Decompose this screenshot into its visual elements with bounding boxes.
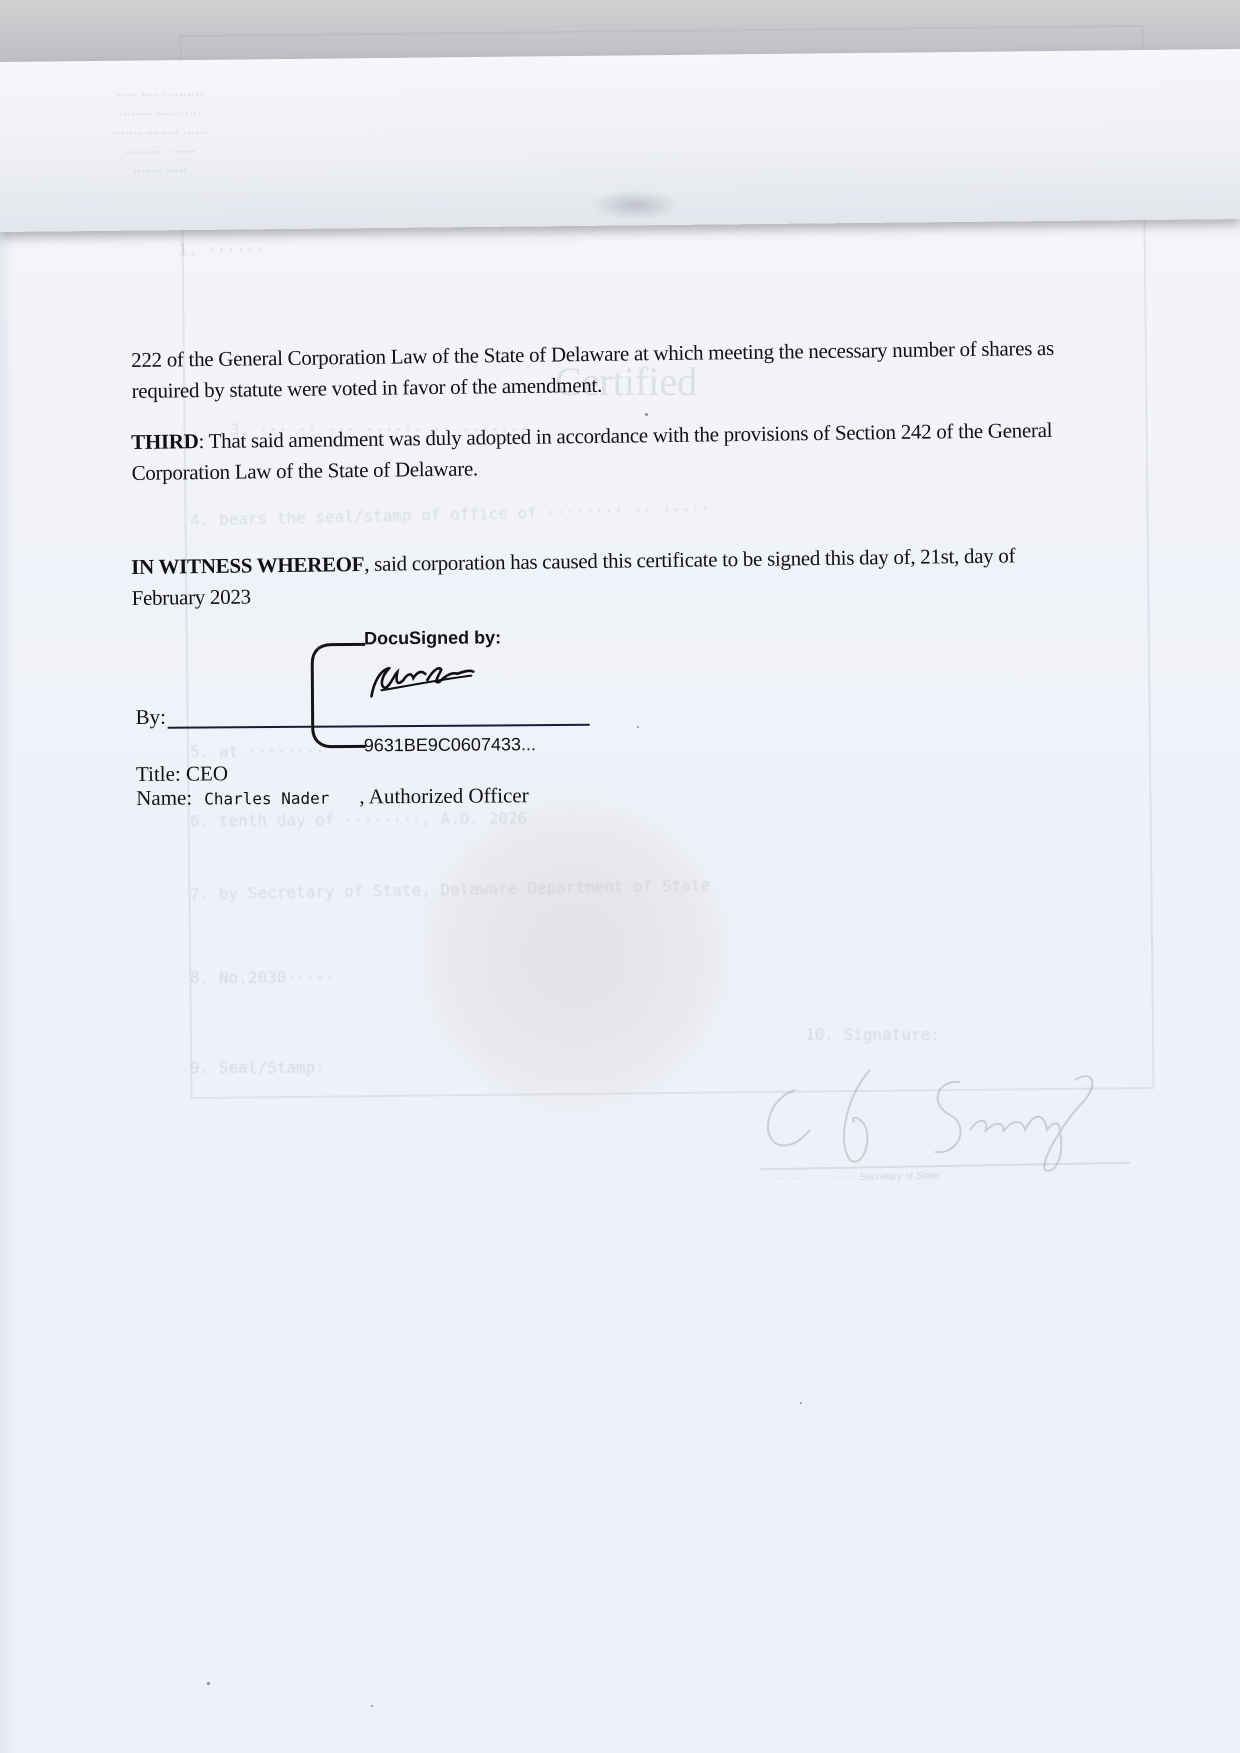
name-label: Name:: [136, 786, 192, 810]
signer-title: Title: CEO: [136, 761, 228, 787]
flap-showthrough-text: ·········· ···· ····· ···· ······ ······…: [30, 85, 290, 183]
flap-ghost-line: ····· ·· ····: [30, 161, 290, 183]
paper-crease: [590, 190, 680, 220]
docusign-envelope-id: 9631BE9C0607433...: [364, 734, 536, 756]
signature-block: By: DocuSigned by: 9631BE9C0607433... Ti…: [131, 626, 692, 820]
docusign-bracket: [309, 641, 370, 753]
continuation-text: 222 of the General Corporation Law of th…: [131, 336, 1054, 403]
name-suffix: , Authorized Officer: [359, 783, 528, 808]
scan-speck: [645, 413, 648, 416]
by-label: By:: [136, 705, 167, 730]
docusigned-by-label: DocuSigned by:: [364, 627, 501, 649]
signer-name-line: Name:Charles Nader, Authorized Officer: [136, 783, 529, 811]
paragraph-in-witness: IN WITNESS WHEREOF, said corporation has…: [131, 540, 1072, 614]
signer-name-value: Charles Nader: [204, 789, 329, 809]
scan-speck: [800, 1402, 802, 1404]
scan-speck: [371, 1705, 373, 1707]
third-heading: THIRD: [131, 429, 199, 454]
handwritten-signature: [367, 662, 477, 703]
amendment-certificate-page: 222 of the General Corporation Law of th…: [0, 0, 1240, 1753]
scan-speck: [207, 1682, 210, 1685]
witness-heading: IN WITNESS WHEREOF: [131, 552, 364, 579]
paragraph-third: THIRD: That said amendment was duly adop…: [131, 414, 1112, 489]
paragraph-continuation: 222 of the General Corporation Law of th…: [131, 332, 1112, 407]
third-text: : That said amendment was duly adopted i…: [131, 418, 1052, 485]
signature-line: [168, 724, 590, 729]
scan-speck: [637, 726, 639, 728]
